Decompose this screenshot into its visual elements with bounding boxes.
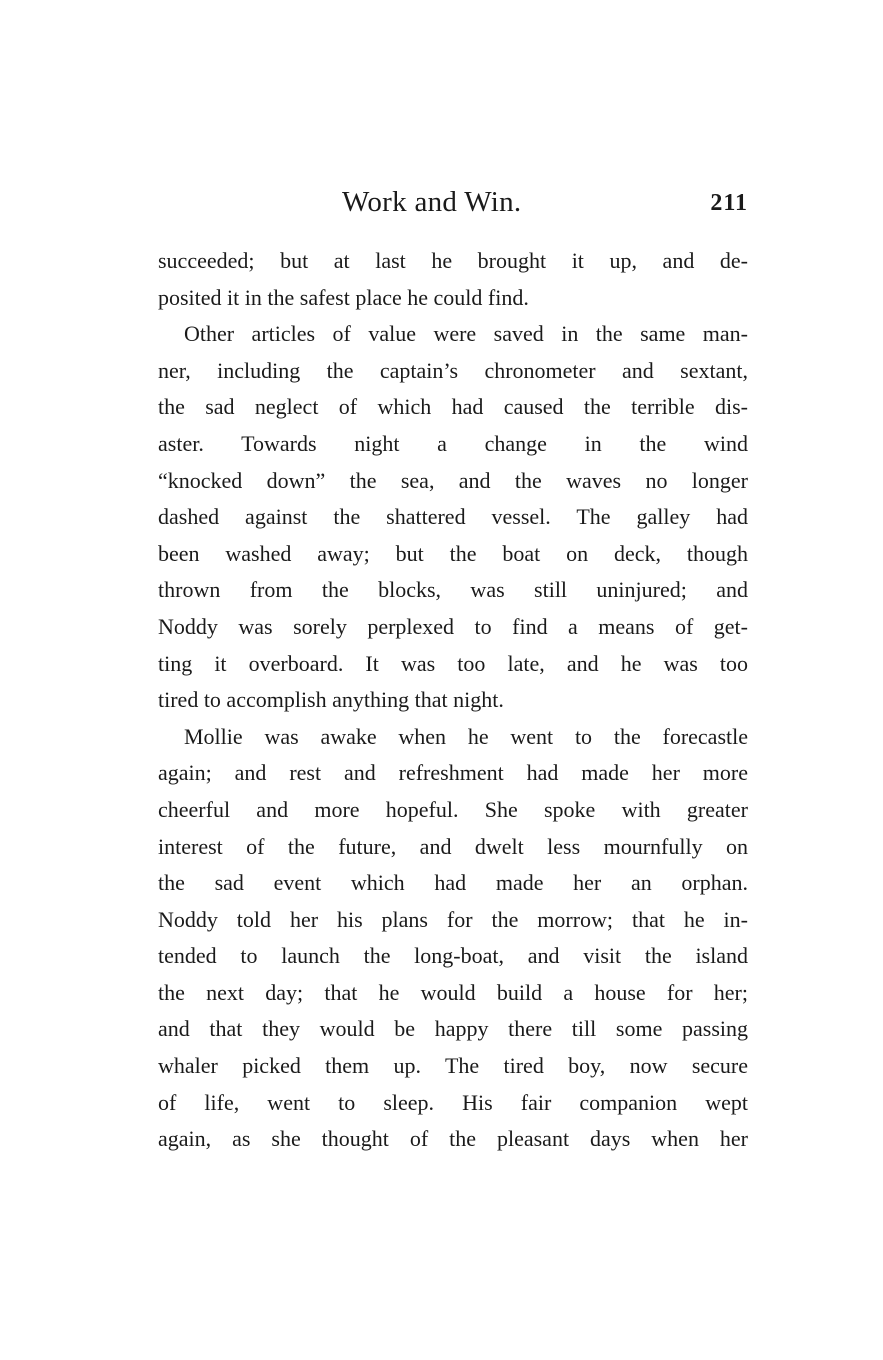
paragraph-3: Mollie was awake when he went to the for… <box>158 719 748 1158</box>
text-line: “knocked down” the sea, and the waves no… <box>158 463 748 500</box>
text-line: dashed against the shattered vessel. The… <box>158 499 748 536</box>
text-line: of life, went to sleep. His fair compani… <box>158 1085 748 1122</box>
text-line: the next day; that he would build a hous… <box>158 975 748 1012</box>
text-line: tired to accomplish anything that night. <box>158 682 748 719</box>
text-line: cheerful and more hopeful. She spoke wit… <box>158 792 748 829</box>
text-line: the sad neglect of which had caused the … <box>158 389 748 426</box>
text-line: aster. Towards night a change in the win… <box>158 426 748 463</box>
paragraph-2: Other articles of value were saved in th… <box>158 316 748 719</box>
running-title: Work and Win. <box>342 186 521 219</box>
text-line: interest of the future, and dwelt less m… <box>158 829 748 866</box>
text-line: the sad event which had made her an orph… <box>158 865 748 902</box>
text-line: tended to launch the long-boat, and visi… <box>158 938 748 975</box>
text-line: ting it overboard. It was too late, and … <box>158 646 748 683</box>
text-line: whaler picked them up. The tired boy, no… <box>158 1048 748 1085</box>
page-number: 211 <box>710 190 748 217</box>
text-line: posited it in the safest place he could … <box>158 280 748 317</box>
page-header: Work and Win. 211 <box>158 186 748 226</box>
text-line: and that they would be happy there till … <box>158 1011 748 1048</box>
text-line: thrown from the blocks, was still uninju… <box>158 572 748 609</box>
text-line: Other articles of value were saved in th… <box>158 316 748 353</box>
text-line: Mollie was awake when he went to the for… <box>158 719 748 756</box>
paragraph-1: succeeded; but at last he brought it up,… <box>158 243 748 316</box>
text-line: Noddy told her his plans for the morrow;… <box>158 902 748 939</box>
text-line: succeeded; but at last he brought it up,… <box>158 243 748 280</box>
text-line: again, as she thought of the pleasant da… <box>158 1121 748 1158</box>
text-line: again; and rest and refreshment had made… <box>158 755 748 792</box>
text-line: ner, including the captain’s chronometer… <box>158 353 748 390</box>
text-line: Noddy was sorely perplexed to find a mea… <box>158 609 748 646</box>
body-text: succeeded; but at last he brought it up,… <box>158 243 748 1158</box>
text-line: been washed away; but the boat on deck, … <box>158 536 748 573</box>
